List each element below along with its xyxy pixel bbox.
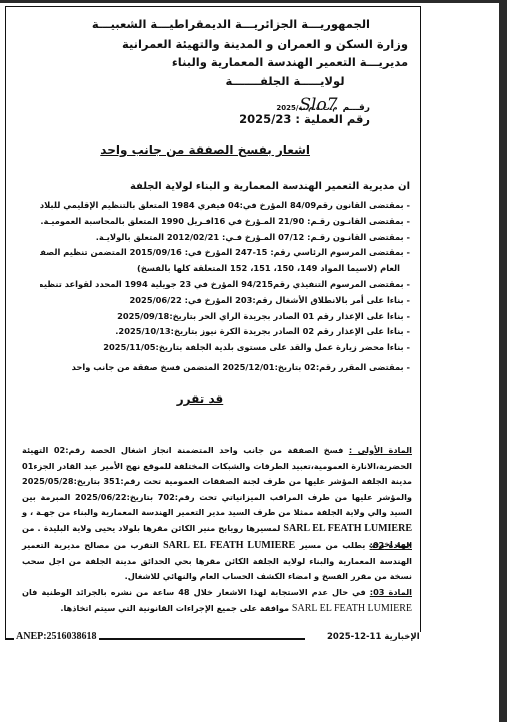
republic-heading: الجمهوريـــة الجزائريـــة الديمقراطيـــة… bbox=[150, 17, 370, 32]
consideration-item: - بناءا على أمر بالانطلاق الأشغال رقم:20… bbox=[40, 293, 410, 309]
directorate-heading: مديريـــة التعمير الهندسة المعمارية والب… bbox=[170, 55, 410, 70]
article-3-label: المادة 03: bbox=[370, 587, 412, 597]
consideration-item: - بمقتضى المرسوم الرئاسي رقم: 15-247 الم… bbox=[40, 245, 410, 261]
article-3-text: في حال عدم الاستجابة لهذا الاشعار خلال 4… bbox=[22, 587, 370, 597]
consideration-item: العام (لاسيما المواد 149، 150، 151، 152 … bbox=[40, 261, 410, 277]
ministry-heading: وزارة السكن و العمران و المدينة والتهيئة… bbox=[120, 37, 410, 52]
newspaper-dateline: الإخبارية 2025-12-11 bbox=[325, 632, 422, 642]
window-top-edge bbox=[0, 0, 507, 3]
intro-line: ان مديرية التعمير الهندسة المعمارية و ال… bbox=[120, 179, 410, 194]
decision-title: قد تقرر bbox=[170, 392, 230, 406]
wilaya-heading: لولايـــــة الجلفـــــــة bbox=[200, 74, 370, 89]
consideration-item: - بمقتضى المقرر رقم:02 بتاريخ:2025/12/01… bbox=[40, 360, 410, 376]
article-3: المادة 03: في حال عدم الاستجابة لهذا الا… bbox=[22, 585, 412, 616]
publication-date: 2025-12-11 bbox=[327, 632, 381, 642]
considerations-list: - بمقتضى القانون رقم84/09 المؤرخ في:04 ف… bbox=[40, 198, 410, 376]
newspaper-name: الإخبارية bbox=[384, 632, 419, 642]
operation-label: رقم العملية : bbox=[295, 112, 370, 126]
consideration-item: - بمقتضى المرسوم التنفيذي رقم94/215 المؤ… bbox=[40, 277, 410, 293]
article-2-label: المادة 02: bbox=[370, 540, 412, 550]
operation-number: 2025/23 bbox=[239, 112, 291, 126]
article-1: المادة الأولى : فسخ الصفقة من جانب واحد … bbox=[22, 443, 412, 552]
article-1-label: المادة الأولى : bbox=[349, 445, 412, 455]
consideration-item: - بمقتضى القانـون رقـم: 07/12 المـؤرخ فـ… bbox=[40, 230, 410, 246]
window-right-edge bbox=[499, 0, 507, 722]
anep-reference: ANEP:2516038618 bbox=[14, 631, 99, 642]
article-2-text: يطلب من مسير bbox=[295, 540, 369, 550]
consideration-item: - بمقتضى القانـون رقـم: 21/90 المـؤرخ في… bbox=[40, 214, 410, 230]
article-3-company: SARL EL FEATH LUMIERE bbox=[292, 603, 412, 614]
notice-title: اشعار بفسخ الصفقة من جانب واحد bbox=[150, 143, 310, 157]
consideration-item: - بناءا محضر زيارة عمل والقد على مستوى ب… bbox=[40, 340, 410, 356]
article-2-company: SARL EL FEATH LUMIERE bbox=[163, 540, 295, 551]
consideration-item: - بناءا على الإعذار رقم 02 الصادر بجريدة… bbox=[40, 324, 410, 340]
article-1-text: فسخ الصفقة من جانب واحد المتضمنة انجاز ا… bbox=[22, 445, 412, 517]
article-3-text-end: موافقة على جميع الإجراءات القانونية التي… bbox=[60, 603, 292, 613]
consideration-item: - بمقتضى القانون رقم84/09 المؤرخ في:04 ف… bbox=[40, 198, 410, 214]
operation-number-line: رقم العملية : 2025/23 bbox=[240, 112, 370, 127]
consideration-item: - بناءا على الإعذار رقم 01 الصادر بجريدة… bbox=[40, 309, 410, 325]
article-1-company: SARL EL FEATH LUMIERE bbox=[283, 523, 412, 534]
article-2: المادة 02: يطلب من مسير SARL EL FEATH LU… bbox=[22, 538, 412, 585]
